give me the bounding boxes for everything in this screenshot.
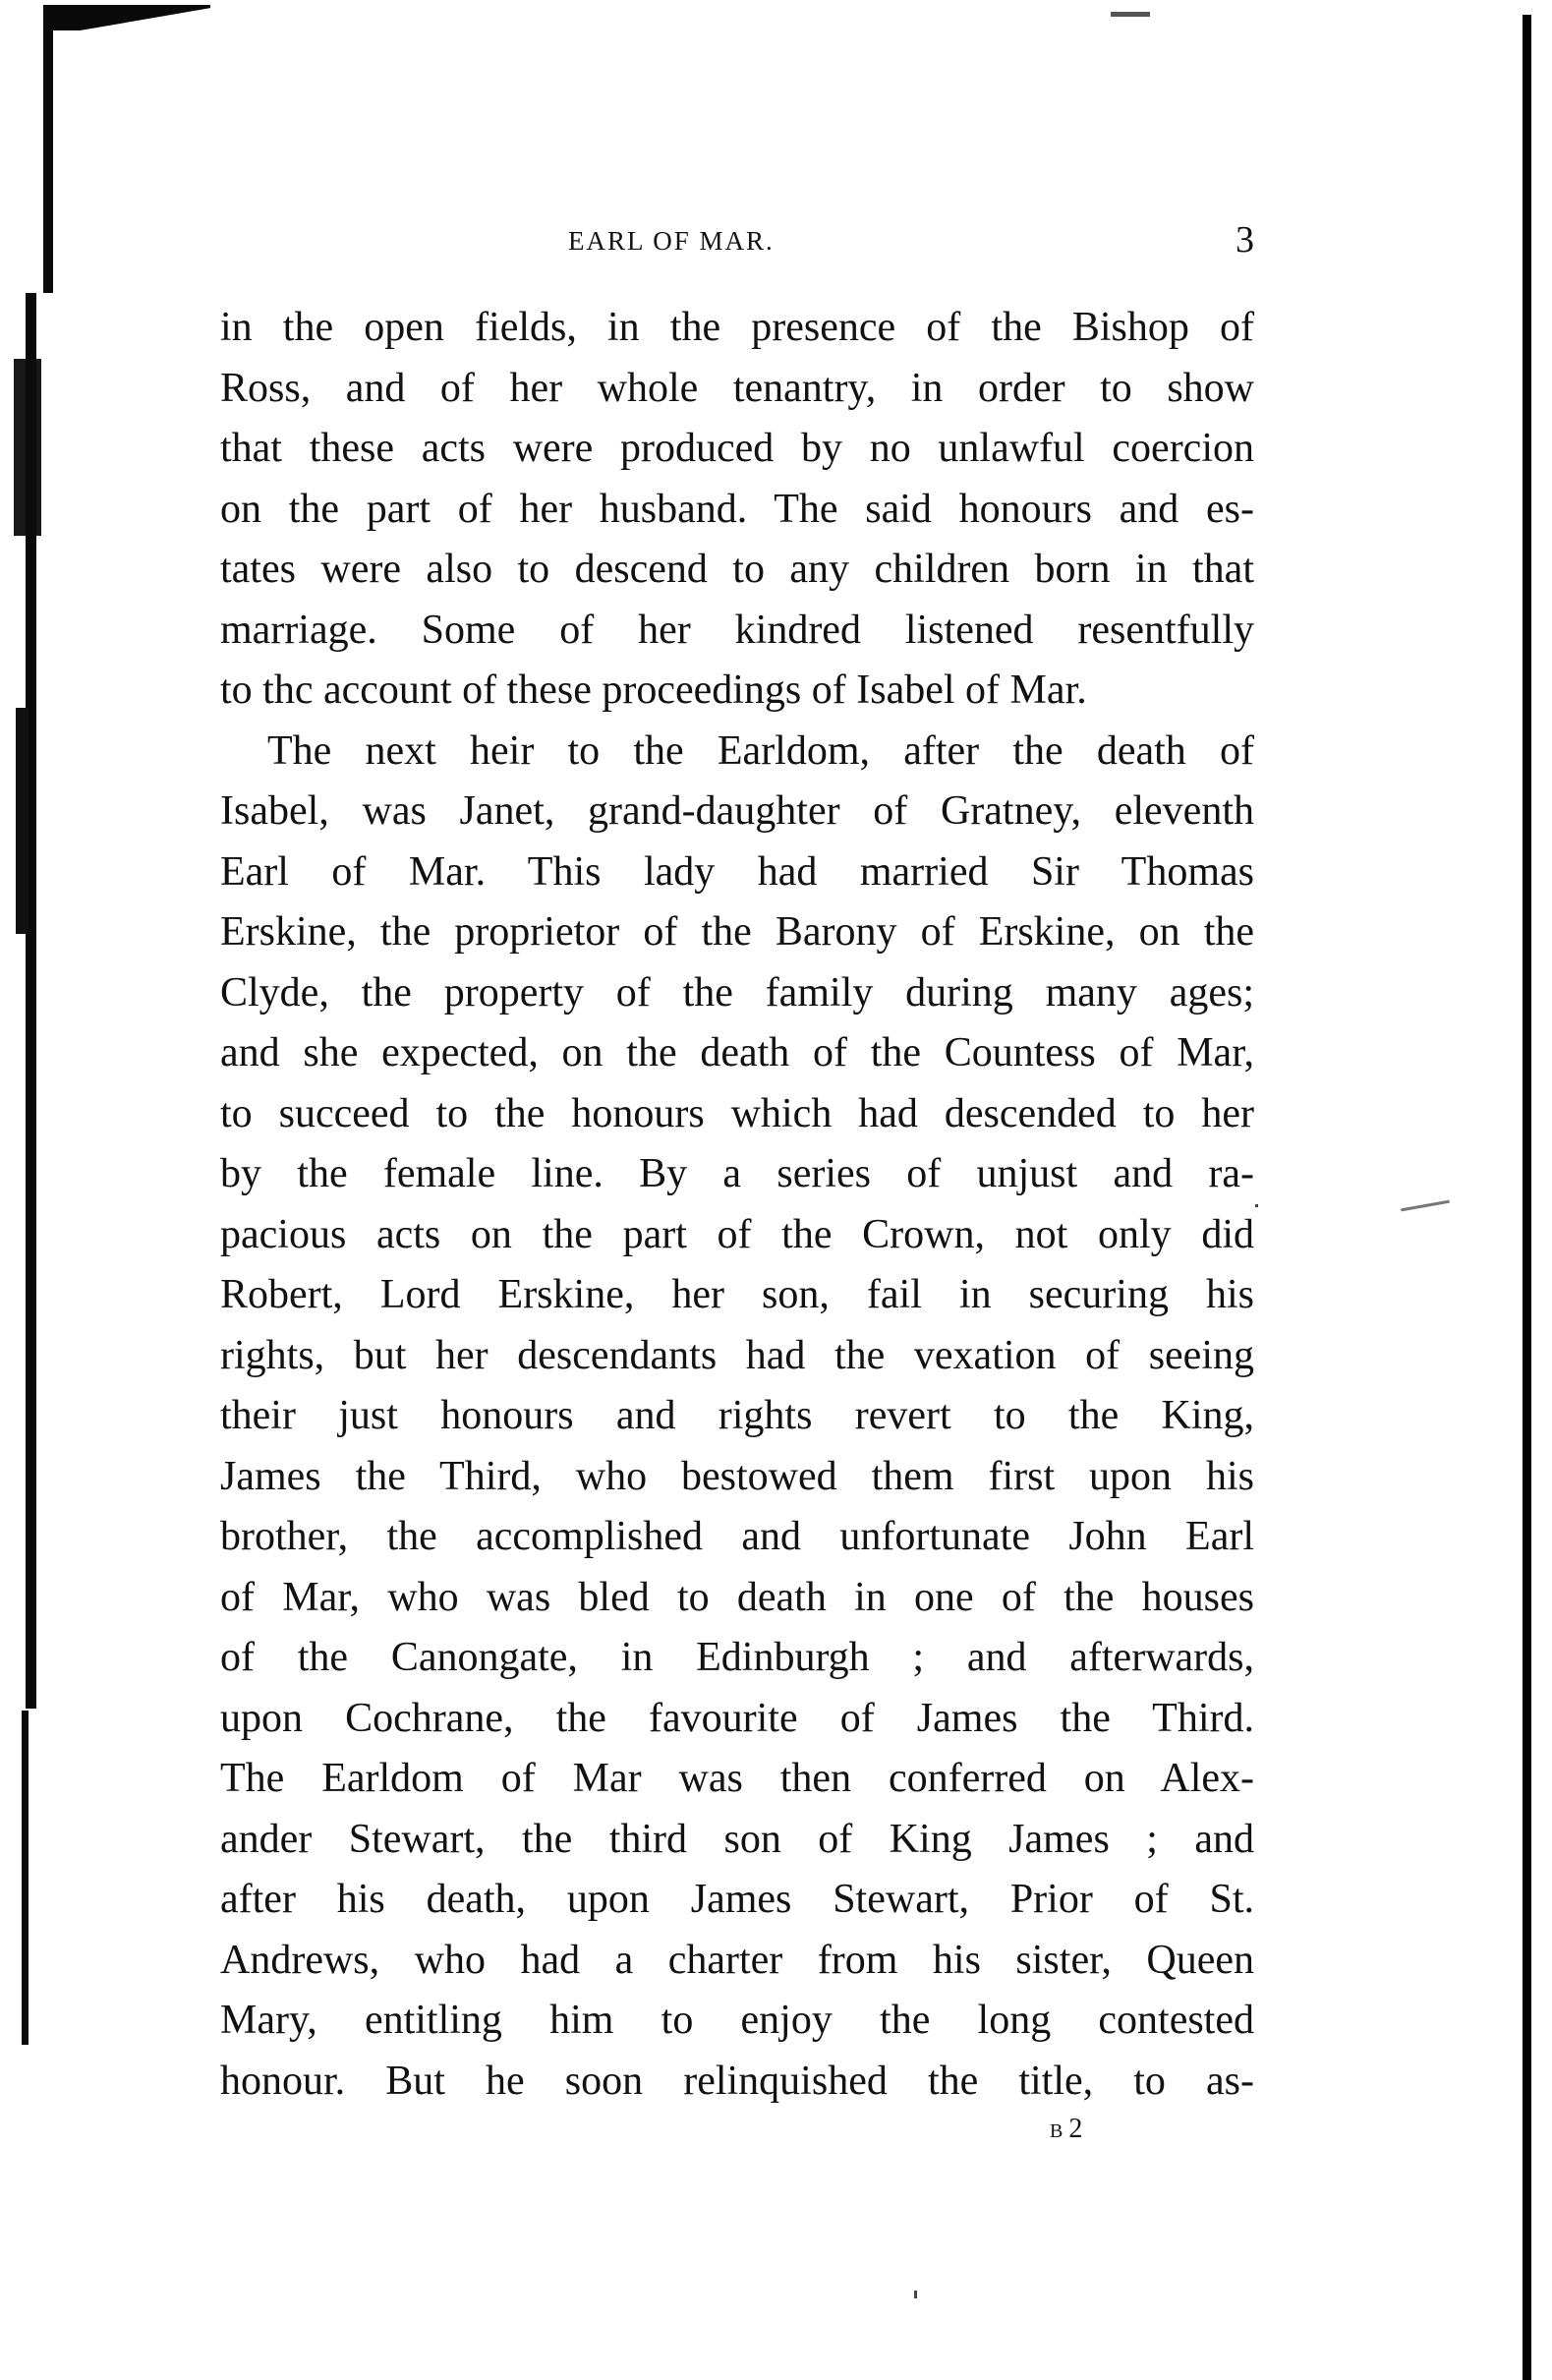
text-line: The Earldom of Mar was then conferred on… bbox=[220, 1749, 1254, 1810]
paragraph: in the open fields, in the presence of t… bbox=[220, 298, 1254, 722]
scan-left-edge-tail bbox=[22, 1711, 29, 2045]
scan-speck bbox=[914, 2291, 917, 2298]
text-line: that these acts were produced by no unla… bbox=[220, 419, 1254, 480]
text-line: Andrews, who had a charter from his sist… bbox=[220, 1931, 1254, 1992]
text-line: Isabel, was Janet, grand-daughter of Gra… bbox=[220, 782, 1254, 842]
text-line: pacious acts on the part of the Crown, n… bbox=[220, 1205, 1254, 1266]
text-line: of Mar, who was bled to death in one of … bbox=[220, 1568, 1254, 1629]
text-line: brother, the accomplished and unfortunat… bbox=[220, 1507, 1254, 1568]
text-line: Ross, and of her whole tenantry, in orde… bbox=[220, 359, 1254, 420]
page-number: 3 bbox=[1236, 218, 1254, 261]
text-line: of the Canongate, in Edinburgh ; and aft… bbox=[220, 1628, 1254, 1689]
text-line: to thc account of these proceedings of I… bbox=[220, 661, 1254, 722]
text-line: rights, but her descendants had the vexa… bbox=[220, 1326, 1254, 1387]
text-line: and she expected, on the death of the Co… bbox=[220, 1023, 1254, 1084]
signature-letter: B bbox=[1050, 2120, 1063, 2142]
text-line: Mary, entitling him to enjoy the long co… bbox=[220, 1991, 1254, 2052]
body-text: in the open fields, in the presence of t… bbox=[220, 298, 1254, 2112]
text-line: The next heir to the Earldom, after the … bbox=[220, 722, 1254, 783]
text-line: James the Third, who bestowed them first… bbox=[220, 1447, 1254, 1508]
paragraph: The next heir to the Earldom, after the … bbox=[220, 722, 1254, 2113]
text-line: Robert, Lord Erskine, her son, fail in s… bbox=[220, 1265, 1254, 1326]
signature-number: 2 bbox=[1068, 2114, 1082, 2144]
text-line: their just honours and rights revert to … bbox=[220, 1386, 1254, 1447]
text-line: after his death, upon James Stewart, Pri… bbox=[220, 1870, 1254, 1931]
scan-left-edge bbox=[43, 8, 53, 293]
text-line: ander Stewart, the third son of King Jam… bbox=[220, 1810, 1254, 1871]
running-title: EARL OF MAR. bbox=[568, 226, 775, 257]
text-line: to succeed to the honours which had desc… bbox=[220, 1084, 1254, 1145]
scan-left-shadow-band bbox=[14, 359, 41, 536]
signature-mark: B2 bbox=[1050, 2114, 1082, 2145]
running-header: EARL OF MAR. 3 bbox=[220, 222, 1254, 261]
book-page: EARL OF MAR. 3 in the open fields, in th… bbox=[0, 0, 1552, 2380]
scan-left-shadow-band bbox=[16, 708, 29, 934]
scan-corner-shadow bbox=[43, 5, 210, 30]
scan-speck bbox=[1255, 1204, 1258, 1207]
text-line: Erskine, the proprietor of the Barony of… bbox=[220, 902, 1254, 963]
text-line: honour. But he soon relinquished the tit… bbox=[220, 2052, 1254, 2113]
scan-right-edge bbox=[1523, 15, 1531, 2380]
scan-speck bbox=[1401, 1200, 1450, 1212]
text-line: marriage. Some of her kindred listened r… bbox=[220, 601, 1254, 662]
text-line: Clyde, the property of the family during… bbox=[220, 963, 1254, 1024]
text-line: in the open fields, in the presence of t… bbox=[220, 298, 1254, 359]
text-line: tates were also to descend to any childr… bbox=[220, 540, 1254, 601]
text-line: by the female line. By a series of unjus… bbox=[220, 1144, 1254, 1205]
text-line: Earl of Mar. This lady had married Sir T… bbox=[220, 842, 1254, 903]
text-line: upon Cochrane, the favourite of James th… bbox=[220, 1689, 1254, 1750]
scan-speck bbox=[1111, 12, 1150, 17]
text-line: on the part of her husband. The said hon… bbox=[220, 480, 1254, 541]
